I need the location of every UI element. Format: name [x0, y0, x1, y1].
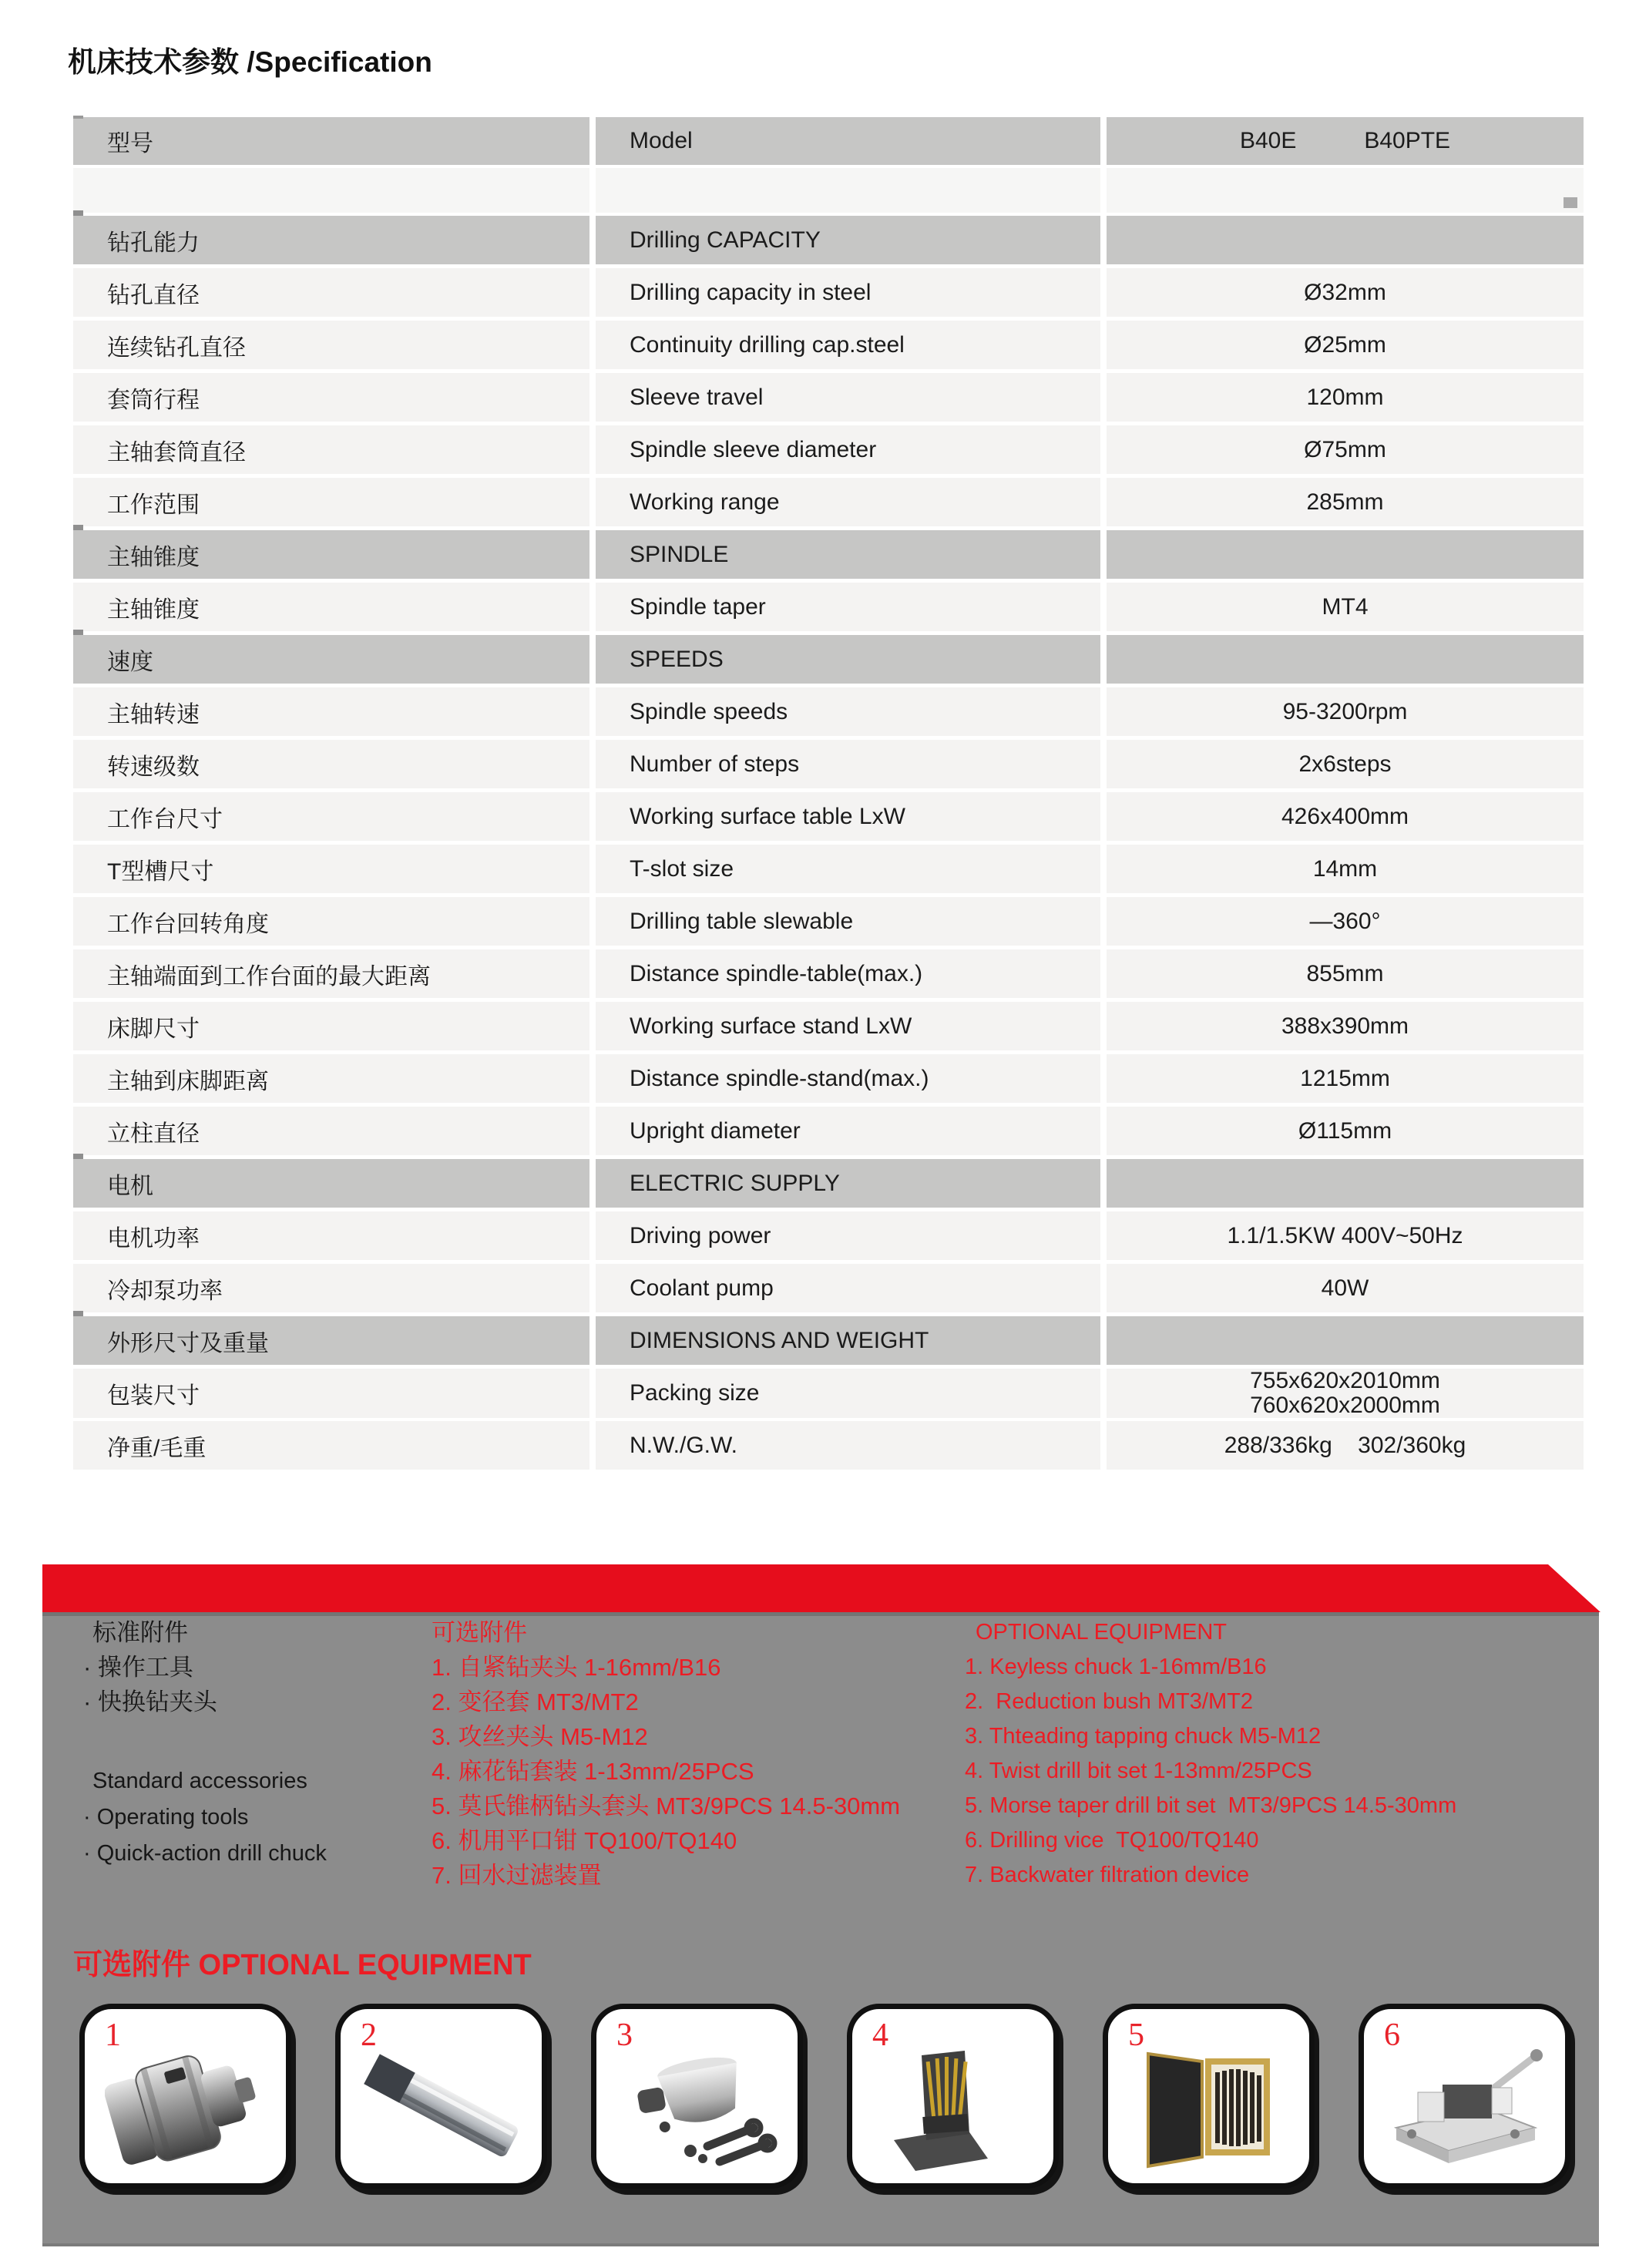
row-label-cn: 立柱直径	[73, 1107, 589, 1155]
row-label-cn: 电机	[73, 1159, 589, 1208]
row-label-cn: 主轴到床脚距离	[73, 1054, 589, 1103]
header-label-cn: 型号	[73, 117, 589, 165]
row-label-en: Number of steps	[596, 740, 1100, 788]
optional-equipment-cn-list: 可选附件1. 自紧钻夹头 1-16mm/B162. 变径套 MT3/MT23. …	[432, 1615, 900, 1893]
row-label-cn: 主轴锥度	[73, 530, 589, 579]
table-row: 主轴转速Spindle speeds95-3200rpm	[73, 687, 1584, 736]
row-label-en: Working range	[596, 478, 1100, 526]
table-row: 主轴到床脚距离Distance spindle-stand(max.)1215m…	[73, 1054, 1584, 1103]
row-label-en: Drilling table slewable	[596, 897, 1100, 946]
table-row: 工作台回转角度Drilling table slewable—360°	[73, 897, 1584, 946]
table-section-row: 主轴锥度SPINDLE	[73, 530, 1584, 579]
row-label-cn: 包装尺寸	[73, 1369, 589, 1418]
table-row: 主轴套筒直径Spindle sleeve diameterØ75mm	[73, 425, 1584, 474]
row-label-cn: 主轴锥度	[73, 583, 589, 631]
optional-equipment-cn-item: 1. 自紧钻夹头 1-16mm/B16	[432, 1650, 900, 1685]
spec-table: 型号 Model B40E B40PTE 钻孔能力Drilling CAPACI…	[73, 117, 1584, 1473]
product-card: 6	[1359, 2004, 1570, 2189]
table-row: 净重/毛重N.W./G.W.288/336kg 302/360kg	[73, 1421, 1584, 1470]
header-label-en: Model	[596, 117, 1100, 165]
row-label-cn: 钻孔直径	[73, 268, 589, 317]
standard-accessory-cn-item: · 快换钻夹头	[83, 1685, 217, 1719]
red-banner	[42, 1564, 1600, 1612]
standard-accessory-en-title: Standard accessories	[83, 1763, 327, 1799]
table-row: 连续钻孔直径Continuity drilling cap.steelØ25mm	[73, 321, 1584, 369]
table-row: 主轴锥度Spindle taperMT4	[73, 583, 1584, 631]
standard-accessory-en-item: · Quick-action drill chuck	[83, 1836, 327, 1872]
row-value: 14mm	[1107, 845, 1584, 893]
row-value: Ø115mm	[1107, 1107, 1584, 1155]
row-label-en: Working surface stand LxW	[596, 1002, 1100, 1050]
row-label-en: N.W./G.W.	[596, 1421, 1100, 1470]
row-label-en: Sleeve travel	[596, 373, 1100, 422]
optional-equipment-en-item: 3. Thteading tapping chuck M5-M12	[965, 1719, 1456, 1754]
row-label-en: Continuity drilling cap.steel	[596, 321, 1100, 369]
row-value: MT4	[1107, 583, 1584, 631]
row-value	[1107, 635, 1584, 684]
product-card: 5	[1103, 2004, 1315, 2189]
table-row: T型槽尺寸T-slot size14mm	[73, 845, 1584, 893]
tapping-chuck-icon	[616, 2041, 778, 2172]
row-value: 855mm	[1107, 949, 1584, 998]
table-row: 钻孔直径Drilling capacity in steelØ32mm	[73, 268, 1584, 317]
row-value	[1107, 216, 1584, 264]
product-card: 2	[335, 2004, 547, 2189]
row-value: 285mm	[1107, 478, 1584, 526]
optional-equipment-cn-item: 3. 攻丝夹头 M5-M12	[432, 1719, 900, 1754]
row-label-en: ELECTRIC SUPPLY	[596, 1159, 1100, 1208]
row-label-en: T-slot size	[596, 845, 1100, 893]
table-section-row: 电机ELECTRIC SUPPLY	[73, 1159, 1584, 1208]
row-value: 288/336kg 302/360kg	[1107, 1421, 1584, 1470]
row-label-en: SPEEDS	[596, 635, 1100, 684]
row-value	[1107, 530, 1584, 579]
table-row: 床脚尺寸Working surface stand LxW388x390mm	[73, 1002, 1584, 1050]
row-label-en: Drilling CAPACITY	[596, 216, 1100, 264]
row-label-cn: 工作台回转角度	[73, 897, 589, 946]
row-label-cn: 钻孔能力	[73, 216, 589, 264]
row-label-cn: 主轴端面到工作台面的最大距离	[73, 949, 589, 998]
row-value: 2x6steps	[1107, 740, 1584, 788]
spacer-cell	[73, 168, 589, 213]
optional-equipment-en-list: OPTIONAL EQUIPMENT1. Keyless chuck 1-16m…	[965, 1615, 1456, 1893]
optional-equipment-en-item: 7. Backwater filtration device	[965, 1858, 1456, 1893]
standard-accessories-cn-list: 标准附件· 操作工具· 快换钻夹头	[83, 1615, 217, 1719]
optional-equipment-cn-item: 2. 变径套 MT3/MT2	[432, 1685, 900, 1719]
page-title: 机床技术参数 /Specification	[68, 39, 432, 80]
table-row: 主轴端面到工作台面的最大距离Distance spindle-table(max…	[73, 949, 1584, 998]
gallery-cards: 123456	[79, 2004, 1570, 2189]
product-card: 1	[79, 2004, 291, 2189]
row-label-cn: 工作范围	[73, 478, 589, 526]
row-label-en: Upright diameter	[596, 1107, 1100, 1155]
row-value: 426x400mm	[1107, 792, 1584, 841]
row-label-en: DIMENSIONS AND WEIGHT	[596, 1316, 1100, 1365]
product-card: 4	[847, 2004, 1059, 2189]
table-row: 冷却泵功率Coolant pump40W	[73, 1264, 1584, 1312]
table-row: 工作台尺寸Working surface table LxW426x400mm	[73, 792, 1584, 841]
specification-page: 机床技术参数 /Specification 型号 Model B40E B40P…	[0, 0, 1629, 2268]
optional-equipment-en-item: 4. Twist drill bit set 1-13mm/25PCS	[965, 1754, 1456, 1789]
model-name-b40pte: B40PTE	[1364, 128, 1450, 154]
table-section-row: 钻孔能力Drilling CAPACITY	[73, 216, 1584, 264]
model-name-b40e: B40E	[1240, 128, 1296, 154]
row-label-cn: 净重/毛重	[73, 1421, 589, 1470]
optional-equipment-en-item: 2. Reduction bush MT3/MT2	[965, 1685, 1456, 1719]
table-section-row: 速度SPEEDS	[73, 635, 1584, 684]
row-value	[1107, 1316, 1584, 1365]
row-label-en: Driving power	[596, 1211, 1100, 1260]
row-label-en: Drilling capacity in steel	[596, 268, 1100, 317]
standard-accessory-cn-item: · 操作工具	[83, 1650, 217, 1685]
row-value: Ø32mm	[1107, 268, 1584, 317]
header-models: B40E B40PTE	[1107, 117, 1584, 165]
row-label-cn: 主轴套筒直径	[73, 425, 589, 474]
product-card: 3	[591, 2004, 803, 2189]
row-label-en: Spindle taper	[596, 583, 1100, 631]
row-value: 1215mm	[1107, 1054, 1584, 1103]
standard-accessory-en-item: · Operating tools	[83, 1799, 327, 1836]
table-header-row: 型号 Model B40E B40PTE	[73, 117, 1584, 165]
row-label-cn: 冷却泵功率	[73, 1264, 589, 1312]
spacer-cell	[1107, 168, 1584, 213]
drill-bit-set-icon	[872, 2041, 1034, 2172]
optional-equipment-en-item: 6. Drilling vice TQ100/TQ140	[965, 1823, 1456, 1858]
row-label-en: Spindle sleeve diameter	[596, 425, 1100, 474]
row-label-cn: 转速级数	[73, 740, 589, 788]
row-label-cn: T型槽尺寸	[73, 845, 589, 893]
row-label-cn: 外形尺寸及重量	[73, 1316, 589, 1365]
optional-equipment-cn-item: 7. 回水过滤装置	[432, 1858, 900, 1893]
optional-equipment-cn-title: 可选附件	[432, 1615, 900, 1650]
table-row: 转速级数Number of steps2x6steps	[73, 740, 1584, 788]
row-value: Ø75mm	[1107, 425, 1584, 474]
row-value: 388x390mm	[1107, 1002, 1584, 1050]
row-value	[1107, 1159, 1584, 1208]
row-value: 120mm	[1107, 373, 1584, 422]
row-label-cn: 速度	[73, 635, 589, 684]
row-label-en: Spindle speeds	[596, 687, 1100, 736]
keyless-chuck-icon	[105, 2041, 267, 2172]
reduction-bush-icon	[361, 2041, 522, 2172]
spacer-cell	[596, 168, 1100, 213]
row-label-en: Distance spindle-stand(max.)	[596, 1054, 1100, 1103]
standard-accessories-en-list: Standard accessories· Operating tools· Q…	[83, 1763, 327, 1872]
standard-accessory-cn-title: 标准附件	[83, 1615, 217, 1650]
row-label-cn: 床脚尺寸	[73, 1002, 589, 1050]
table-row: 电机功率Driving power1.1/1.5KW 400V~50Hz	[73, 1211, 1584, 1260]
table-row: 套筒行程Sleeve travel120mm	[73, 373, 1584, 422]
row-label-en: Coolant pump	[596, 1264, 1100, 1312]
row-value: 1.1/1.5KW 400V~50Hz	[1107, 1211, 1584, 1260]
row-value: 755x620x2010mm 760x620x2000mm	[1107, 1369, 1584, 1418]
row-label-cn: 主轴转速	[73, 687, 589, 736]
row-label-en: Distance spindle-table(max.)	[596, 949, 1100, 998]
row-value: 40W	[1107, 1264, 1584, 1312]
row-label-cn: 工作台尺寸	[73, 792, 589, 841]
gallery-title: 可选附件 OPTIONAL EQUIPMENT	[73, 1940, 532, 1983]
row-label-en: SPINDLE	[596, 530, 1100, 579]
table-section-row: 外形尺寸及重量DIMENSIONS AND WEIGHT	[73, 1316, 1584, 1365]
table-row: 立柱直径Upright diameterØ115mm	[73, 1107, 1584, 1155]
morse-taper-set-icon	[1128, 2041, 1290, 2172]
row-value: 95-3200rpm	[1107, 687, 1584, 736]
row-value: —360°	[1107, 897, 1584, 946]
optional-equipment-en-item: 1. Keyless chuck 1-16mm/B16	[965, 1650, 1456, 1685]
table-row: 工作范围Working range285mm	[73, 478, 1584, 526]
drilling-vice-icon	[1384, 2041, 1546, 2172]
optional-equipment-cn-item: 6. 机用平口钳 TQ100/TQ140	[432, 1823, 900, 1858]
optional-equipment-en-item: 5. Morse taper drill bit set MT3/9PCS 14…	[965, 1789, 1456, 1823]
table-row: 包装尺寸Packing size755x620x2010mm 760x620x2…	[73, 1369, 1584, 1417]
optional-equipment-cn-item: 4. 麻花钻套装 1-13mm/25PCS	[432, 1754, 900, 1789]
table-spacer-row	[73, 168, 1584, 213]
row-label-cn: 电机功率	[73, 1211, 589, 1260]
row-label-cn: 套筒行程	[73, 373, 589, 422]
row-value: Ø25mm	[1107, 321, 1584, 369]
optional-equipment-en-title: OPTIONAL EQUIPMENT	[965, 1615, 1456, 1650]
row-label-cn: 连续钻孔直径	[73, 321, 589, 369]
row-label-en: Working surface table LxW	[596, 792, 1100, 841]
optional-equipment-cn-item: 5. 莫氏锥柄钻头套头 MT3/9PCS 14.5-30mm	[432, 1789, 900, 1823]
row-label-en: Packing size	[596, 1369, 1100, 1418]
